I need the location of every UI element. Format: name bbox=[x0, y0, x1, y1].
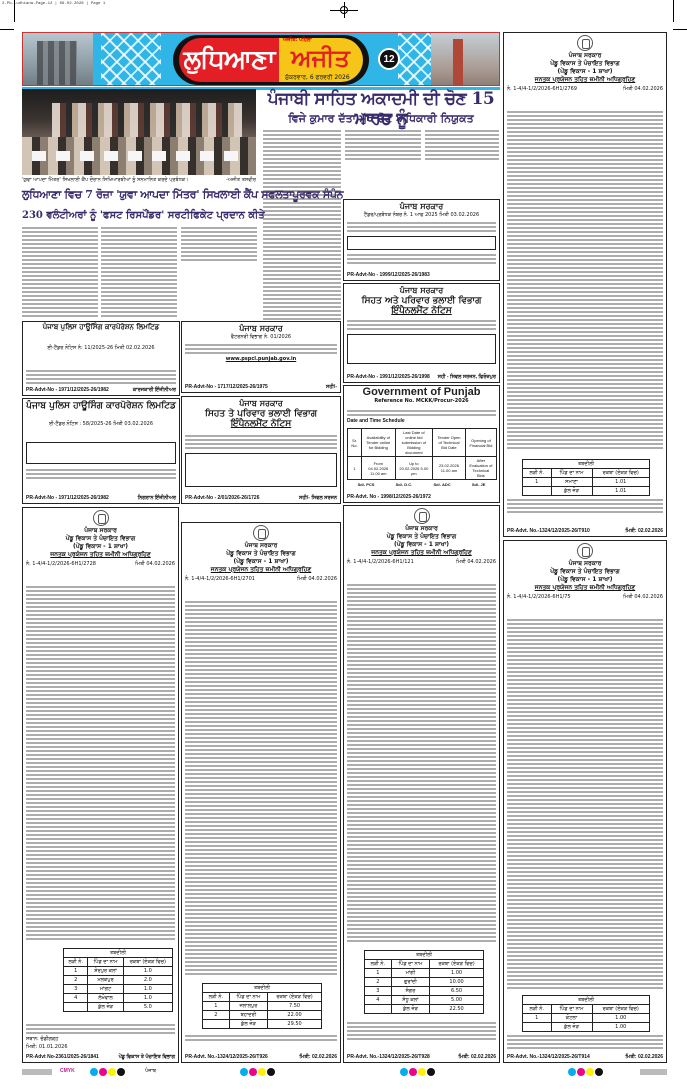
pr-footer: PR-Advt-No - 1971/12/2025-26/1982ਕਾਰਜਕਾਰ… bbox=[26, 387, 176, 393]
pr-footer: PR-Advt. No.-1324/12/2025-26/T914ਮਿਤੀ: 0… bbox=[507, 1054, 663, 1060]
pr-footer: PR-Advt No-2361/2025-26/1841ਪੇਂਡੂ ਵਿਕਾਸ … bbox=[26, 1054, 175, 1060]
health-family-ad-1: ਪੰਜਾਬ ਸਰਕਾਰ ਸਿਹਤ ਤੇ ਪਰਿਵਾਰ ਭਲਾਈ ਵਿਭਾਗ ਇੰ… bbox=[181, 396, 341, 504]
grey-bar bbox=[640, 1069, 667, 1075]
pr-footer: PR-Advt-No - 1971/12/2025-26/1982ਨਿਗਰਾਨ … bbox=[26, 495, 176, 501]
tender-table bbox=[26, 442, 176, 464]
crop-mark bbox=[14, 0, 15, 22]
lead-body-col3 bbox=[425, 130, 499, 160]
magenta-dot-icon bbox=[99, 1068, 107, 1076]
punjab-emblem-icon bbox=[577, 543, 593, 559]
land-table: ਤਬਦੀਲੀ ਲੜੀ ਨੰ.ਪਿੰਡ ਦਾ ਨਾਮਰਕਬਾ (ਏਕੜ ਵਿਚ) … bbox=[202, 983, 322, 1029]
magenta-dot-icon bbox=[249, 1068, 257, 1076]
schedule-table: Sr. No. Availability of Tender online fo… bbox=[347, 428, 497, 480]
story-subheadline: 230 ਵਲੰਟੀਅਰਾਂ ਨੂੰ 'ਫਸਟ ਰਿਸਪੌਂਡਰ' ਸਰਟੀਫਿਕ… bbox=[22, 210, 258, 221]
health-family-ad-2: ਪੰਜਾਬ ਸਰਕਾਰ ਸਿਹਤ ਅਤੇ ਪਰਿਵਾਰ ਭਲਾਈ ਵਿਭਾਗ ਇ… bbox=[343, 283, 500, 383]
pr-footer: PR-Advt. No.-1324/12/2025-26/T910ਮਿਤੀ: 0… bbox=[507, 528, 663, 534]
punjab-emblem-icon bbox=[253, 525, 269, 541]
pr-footer: PR-Advt-No - 1991/12/2025-26/1998ਸਹੀ - ਸ… bbox=[347, 374, 496, 380]
crop-mark bbox=[673, 0, 674, 22]
yellow-dot-icon bbox=[108, 1068, 116, 1076]
pr-footer: PR-Advt-No - 1717/12/2025-26/1975ਸਹੀ/- bbox=[185, 384, 337, 390]
lead-body-col1 bbox=[263, 130, 341, 330]
cyan-dot-icon bbox=[240, 1068, 248, 1076]
crop-mark bbox=[0, 29, 14, 30]
cyan-dot-icon bbox=[90, 1068, 98, 1076]
print-slug: 2-Pb-Ludhiana-Page-12 | 06.02.2026 | Pag… bbox=[2, 2, 105, 6]
ad-title: ਪੰਜਾਬ ਪੁਲਿਸ ਹਾਊਸਿੰਗ ਕਾਰਪੋਰੇਸ਼ਨ ਲਿਮਟਿਡ bbox=[23, 401, 179, 411]
story-body-col1 bbox=[22, 227, 98, 319]
lead-body-col2 bbox=[345, 130, 421, 160]
black-dot-icon bbox=[595, 1068, 603, 1076]
pr-footer: PR-Advt. No.-1324/12/2025-26/T926ਮਿਤੀ: 0… bbox=[185, 1054, 337, 1060]
story-body-col3 bbox=[181, 227, 257, 263]
city-name: ਲੁਧਿਆਣਾ bbox=[184, 45, 275, 76]
black-dot-icon bbox=[427, 1068, 435, 1076]
pr-footer: PR-Advt-No - 1999/12/2025-26/1983 bbox=[347, 272, 496, 278]
punjab-govt-ad: ਪੰਜਾਬ ਸਰਕਾਰ ਵੈਟਰਨਰੀ ਵਿਭਾਗ ਨੰ. 01/2026 ww… bbox=[181, 321, 341, 393]
signatories: Sd/- PCS Sd/- D.C. Sd/- ADC Sd/- JE bbox=[347, 482, 496, 487]
yellow-dot-icon bbox=[586, 1068, 594, 1076]
notice-number: ਈ-ਟੈਂਡਰ ਨੋਟਿਸ : 58/2025-26 ਮਿਤੀ 03.02.20… bbox=[23, 421, 179, 427]
clock-tower-photo bbox=[431, 33, 499, 86]
decorative-pattern bbox=[101, 33, 161, 86]
masthead: ਲੁਧਿਆਣਾ ਅਜੀਤ: ਪਹਿਲਾਂ ਅਜੀਤ ਸ਼ੁੱਕਰਵਾਰ, 6 ਫ… bbox=[22, 32, 500, 86]
story-body-col2 bbox=[101, 227, 177, 319]
yellow-dot-icon bbox=[418, 1068, 426, 1076]
group-photo bbox=[22, 89, 256, 175]
pr-footer: PR-Advt. No.-1324/12/2025-26/T928ਮਿਤੀ: 0… bbox=[347, 1054, 496, 1060]
black-dot-icon bbox=[117, 1068, 125, 1076]
punjab-emblem-icon bbox=[414, 508, 430, 524]
cmyk-label: CMYK bbox=[60, 1068, 75, 1074]
plate-label: ਪੰਜਾਬ bbox=[145, 1068, 156, 1074]
magenta-dot-icon bbox=[409, 1068, 417, 1076]
notice-number: ਈ-ਟੈਂਡਰ ਨੋਟਿਸ ਨੰ: 11/2025-26 ਮਿਤੀ 02.02.… bbox=[23, 345, 179, 351]
city-logo: ਲੁਧਿਆਣਾ bbox=[179, 38, 279, 82]
magenta-dot-icon bbox=[577, 1068, 585, 1076]
rural-dev-ad-4: ਪੰਜਾਬ ਸਰਕਾਰ ਪੇਂਡੂ ਵਿਕਾਸ ਤੇ ਪੰਚਾਇਤ ਵਿਭਾਗ … bbox=[503, 32, 667, 537]
land-table: ਤਬਦੀਲੀ ਲੜੀ ਨੰ.ਪਿੰਡ ਦਾ ਨਾਮਰਕਬਾ (ਏਕੜ ਵਿਚ) … bbox=[63, 948, 173, 1012]
land-table: ਤਬਦੀਲੀ ਲੜੀ ਨੰ.ਪਿੰਡ ਦਾ ਨਾਮਰਕਬਾ (ਏਕੜ ਵਿਚ) … bbox=[522, 995, 650, 1032]
notice-table bbox=[185, 453, 337, 487]
pr-footer: PR-Advt-No - 2/01/2026-26/1726ਸਹੀ/- ਸਿਵਲ… bbox=[185, 495, 337, 501]
page-number: 12 bbox=[378, 48, 400, 70]
cyan-dot-icon bbox=[400, 1068, 408, 1076]
website-link[interactable]: www.pspcl.punjab.gov.in bbox=[182, 356, 340, 362]
police-housing-ad-2: ਪੰਜਾਬ ਪੁਲਿਸ ਹਾਊਸਿੰਗ ਕਾਰਪੋਰੇਸ਼ਨ ਲਿਮਟਿਡ ਈ-… bbox=[22, 398, 180, 504]
ad-title: Government of Punjab bbox=[344, 386, 499, 398]
punjab-govt-tender-ad: ਪੰਜਾਬ ਸਰਕਾਰ ਟੈਂਡਰ/ਪ੍ਰਬੰਧਕ ਨੰਬਰ ਨੰ. 1 ਆਫ … bbox=[343, 199, 500, 281]
cyan-dot-icon bbox=[568, 1068, 576, 1076]
rural-dev-ad-1: ਪੰਜਾਬ ਸਰਕਾਰ ਪੇਂਡੂ ਵਿਕਾਸ ਤੇ ਪੰਚਾਇਤ ਵਿਭਾਗ … bbox=[22, 507, 179, 1063]
yellow-dot-icon bbox=[258, 1068, 266, 1076]
rural-dev-ad-5: ਪੰਜਾਬ ਸਰਕਾਰ ਪੇਂਡੂ ਵਿਕਾਸ ਤੇ ਪੰਚਾਇਤ ਵਿਭਾਗ … bbox=[503, 540, 667, 1063]
paper-name: ਅਜੀਤ bbox=[291, 43, 350, 72]
lead-subheadline: ਵਿਜੇ ਕੁਮਾਰ ਦੱਤਾ ਮੁੱਖ ਚੋਣ ਅਧਿਕਾਰੀ ਨਿਯੁਕਤ bbox=[263, 112, 499, 126]
land-table: ਤਬਦੀਲੀ ਲੜੀ ਨੰ.ਪਿੰਡ ਦਾ ਨਾਮਰਕਬਾ (ਏਕੜ ਵਿਚ) … bbox=[522, 459, 650, 496]
rural-dev-ad-3: ਪੰਜਾਬ ਸਰਕਾਰ ਪੇਂਡੂ ਵਿਕਾਸ ਤੇ ਪੰਚਾਇਤ ਵਿਭਾਗ … bbox=[343, 505, 500, 1063]
story-headline: ਲੁਧਿਆਣਾ ਵਿਚ 7 ਰੋਜ਼ਾ 'ਯੁਵਾ ਆਪਦਾ ਮਿੱਤਰ' ਸਿ… bbox=[22, 188, 258, 202]
govt-punjab-english-ad: Government of Punjab Reference No. MCKK/… bbox=[343, 385, 500, 503]
police-housing-ad-1: ਪੰਜਾਬ ਪੁਲਿਸ ਹਾਊਸਿੰਗ ਕਾਰਪੋਰੇਸ਼ਨ ਲਿਮਟਿਡ ਈ-… bbox=[22, 321, 180, 396]
statue-photo bbox=[23, 33, 93, 86]
punjab-emblem-icon bbox=[577, 35, 593, 51]
grey-bar bbox=[22, 1069, 52, 1075]
photo-caption: 'ਯੁਵਾ ਆਪਦਾ ਮਿੱਤਰ' ਸਿਖਲਾਈ ਕੈਂਪ ਦੌਰਾਨ ਸਿਖਿ… bbox=[22, 177, 256, 183]
black-dot-icon bbox=[267, 1068, 275, 1076]
caption-text: 'ਯੁਵਾ ਆਪਦਾ ਮਿੱਤਰ' ਸਿਖਲਾਈ ਕੈਂਪ ਦੌਰਾਨ ਸਿਖਿ… bbox=[22, 177, 189, 183]
tender-table bbox=[347, 236, 496, 250]
ad-title: ਪੰਜਾਬ ਪੁਲਿਸ ਹਾਊਸਿੰਗ ਕਾਰਪੋਰੇਸ਼ਨ ਲਿਮਟਿਡ bbox=[23, 324, 179, 331]
punjab-emblem-icon bbox=[93, 510, 109, 526]
rural-dev-ad-2: ਪੰਜਾਬ ਸਰਕਾਰ ਪੇਂਡੂ ਵਿਕਾਸ ਤੇ ਪੰਚਾਇਤ ਵਿਭਾਗ … bbox=[181, 522, 341, 1063]
pr-footer: PR-Advt. No - 1998/12/2025-26/1972 bbox=[347, 494, 496, 500]
notice-table bbox=[347, 334, 496, 364]
issue-date: ਸ਼ੁੱਕਰਵਾਰ, 6 ਫਰਵਰੀ 2026 bbox=[285, 74, 350, 82]
crop-mark bbox=[673, 29, 687, 30]
land-table: ਤਬਦੀਲੀ ਲੜੀ ਨੰ.ਪਿੰਡ ਦਾ ਨਾਮਰਕਬਾ (ਏਕੜ ਵਿਚ) … bbox=[364, 950, 484, 1014]
registration-mark-icon bbox=[340, 6, 348, 14]
photo-credit: -ਅਜੀਤ ਤਸਵੀਰ bbox=[226, 177, 256, 183]
